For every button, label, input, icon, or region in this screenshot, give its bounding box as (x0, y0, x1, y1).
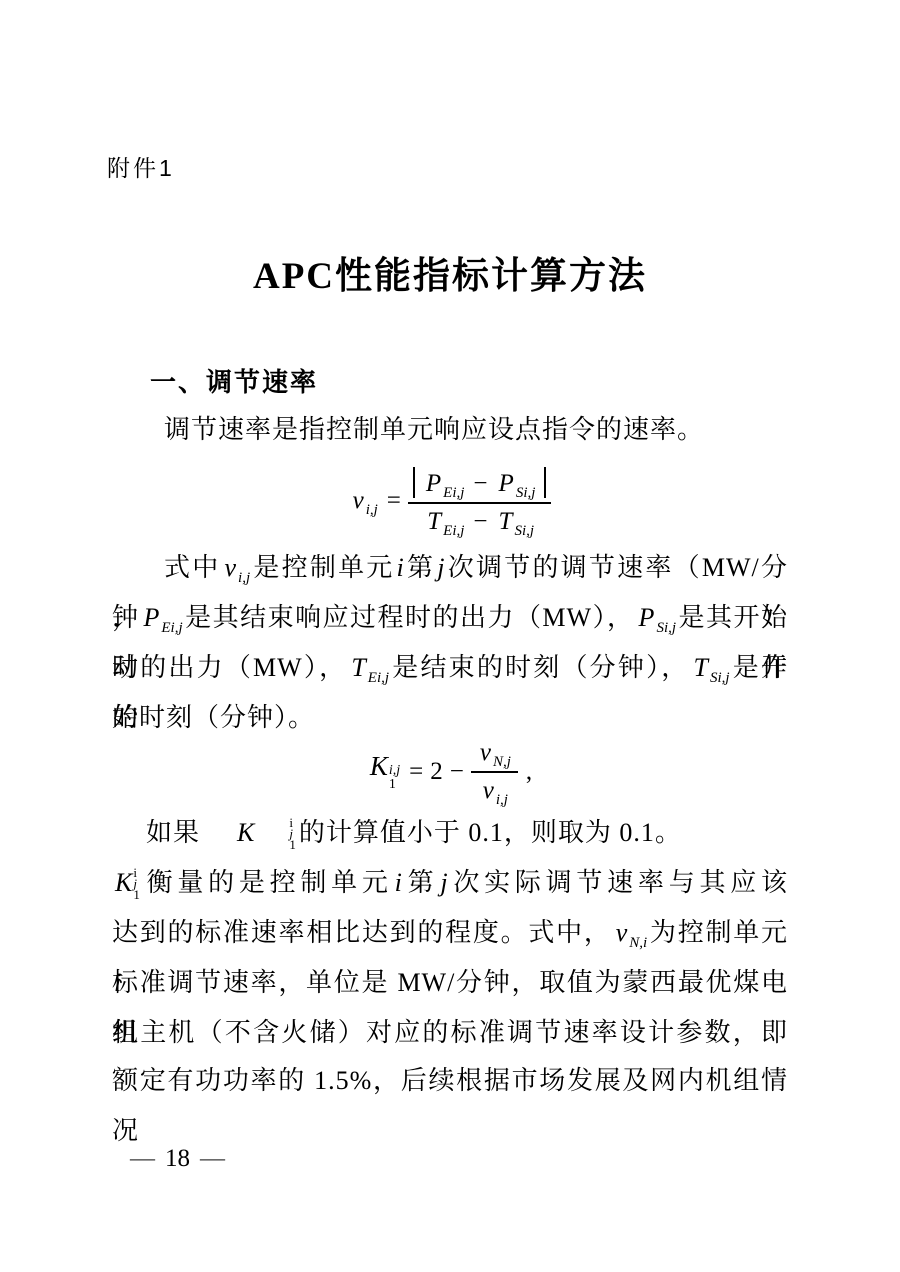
math-subscript: i,j (496, 792, 508, 808)
equals-sign: = (409, 758, 423, 786)
fraction: vN,j vi,j (471, 739, 518, 805)
math-subscript: i,j (366, 502, 378, 518)
math-subscript: Si,j (656, 620, 676, 636)
math-var: P (144, 603, 160, 632)
math-var: v (353, 487, 364, 514)
math-var: j (437, 553, 444, 582)
fraction-denominator: vi,j (471, 773, 518, 805)
math-var: v (483, 777, 494, 804)
formula-k1-index: Ki,j1 = 2 − vN,j vi,j , (112, 733, 788, 811)
math-var: v (224, 553, 236, 582)
math-subscript: N,j (493, 754, 511, 770)
body-line: 额定有功功率的 1.5%，后续根据市场发展及网内机组情况 (112, 1056, 788, 1106)
fraction: PEi,j−PSi,j TEi,j−TSi,j (408, 467, 552, 536)
body-line: 式中vi,j是控制单元i第j次调节的调节速率（MW/分钟） (112, 543, 788, 593)
math-subscript: Ei,j (368, 670, 389, 686)
math-term: TEi,j (349, 653, 389, 682)
body-line: 组主机（不含火储）对应的标准调节速率设计参数，即 (112, 1008, 788, 1058)
math-var: i (395, 868, 402, 897)
formula-lhs: vi,j (351, 487, 378, 515)
math-var: T (499, 508, 513, 535)
minus-sign: − (473, 470, 487, 497)
math-script: 1 (133, 889, 140, 900)
math-subscript: 1 (389, 778, 396, 792)
fraction-denominator: TEi,j−TSi,j (408, 504, 552, 536)
fraction-numerator: PEi,j−PSi,j (408, 467, 552, 504)
math-var: i (397, 553, 404, 582)
body-line: 达到的标准速率相比达到的程度。式中，vN,i为控制单元 i (112, 908, 788, 958)
math-term: Kij1 (115, 864, 140, 897)
footer-right-dash: — (200, 1145, 225, 1173)
math-term: vN,j (478, 739, 511, 766)
math-var: K (203, 819, 254, 847)
math-script: j (255, 828, 293, 839)
math-term: vi,j (481, 777, 508, 804)
math-term: TSi,j (692, 653, 730, 682)
minus-sign: − (473, 508, 487, 535)
body-line: 调节速率是指控制单元响应设点指令的速率。 (112, 405, 788, 455)
math-var: T (427, 508, 441, 535)
math-term: TSi,j (497, 508, 535, 535)
math-subscript: N,i (629, 935, 647, 951)
math-term: TEi,j (425, 508, 464, 535)
formula-regulation-rate: vi,j = PEi,j−PSi,j TEi,j−TSi,j (112, 455, 788, 547)
math-var: T (351, 653, 365, 682)
math-constant: 2 (430, 758, 443, 786)
math-var: P (499, 470, 514, 497)
math-subscript: i,j (238, 570, 250, 586)
math-scripts: i,j1 (389, 764, 400, 792)
trailing-comma: , (526, 758, 532, 786)
math-var: P (426, 470, 441, 497)
body-line: Kij1衡量的是控制单元i第j次实际调节速率与其应该 (112, 858, 788, 908)
math-term: vN,i (614, 918, 647, 947)
math-var: T (694, 653, 708, 682)
document-body: 调节速率是指控制单元响应设点指令的速率。 vi,j = PEi,j−PSi,j … (112, 0, 788, 1272)
equals-sign: = (387, 487, 401, 515)
math-term: PEi,j (142, 603, 183, 632)
math-subscript: Ei,j (443, 523, 464, 539)
page-number: 18 (165, 1145, 190, 1173)
math-subscript: Ei,j (443, 485, 464, 501)
formula-lhs: Ki,j1 (370, 751, 400, 793)
math-term: PSi,j (497, 470, 536, 497)
math-term: Kij1 (203, 814, 296, 847)
body-line: 标准调节速率，单位是 MW/分钟，取值为蒙西最优煤电机 (112, 958, 788, 1008)
minus-sign: − (450, 758, 464, 786)
page-number-footer: — 18 — (130, 1145, 225, 1173)
math-var: v (616, 918, 628, 947)
body-line: ，PEi,j是其结束响应过程时的出力（MW），PSi,j是其开始动作 (112, 593, 788, 643)
math-var: v (480, 739, 491, 766)
math-var: j (440, 868, 447, 897)
math-superscript: i,j (389, 764, 400, 778)
math-scripts: ij1 (255, 817, 296, 850)
math-subscript: Ei,j (161, 620, 182, 636)
math-script: 1 (255, 839, 296, 850)
math-scripts: ij1 (133, 867, 140, 900)
math-term: vi,j (222, 553, 250, 582)
body-line: 如果Kij1的计算值小于 0.1，则取为 0.1。 (112, 808, 788, 858)
footer-left-dash: — (130, 1145, 155, 1173)
math-subscript: Si,j (516, 485, 536, 501)
math-var: K (115, 869, 132, 897)
math-script: i (255, 817, 293, 828)
body-line: 时的出力（MW），TEi,j是结束的时刻（分钟），TSi,j是开始 (112, 643, 788, 693)
math-var: K (370, 751, 388, 781)
math-var: P (639, 603, 655, 632)
math-term: PSi,j (637, 603, 676, 632)
fraction-numerator: vN,j (471, 739, 518, 773)
document-page: 附件1 APC性能指标计算方法 一、调节速率 调节速率是指控制单元响应设点指令的… (0, 0, 900, 1272)
math-subscript: Si,j (710, 670, 730, 686)
math-term: PEi,j (424, 470, 465, 497)
math-subscript: Si,j (514, 523, 534, 539)
absolute-value: PEi,j−PSi,j (413, 467, 547, 498)
